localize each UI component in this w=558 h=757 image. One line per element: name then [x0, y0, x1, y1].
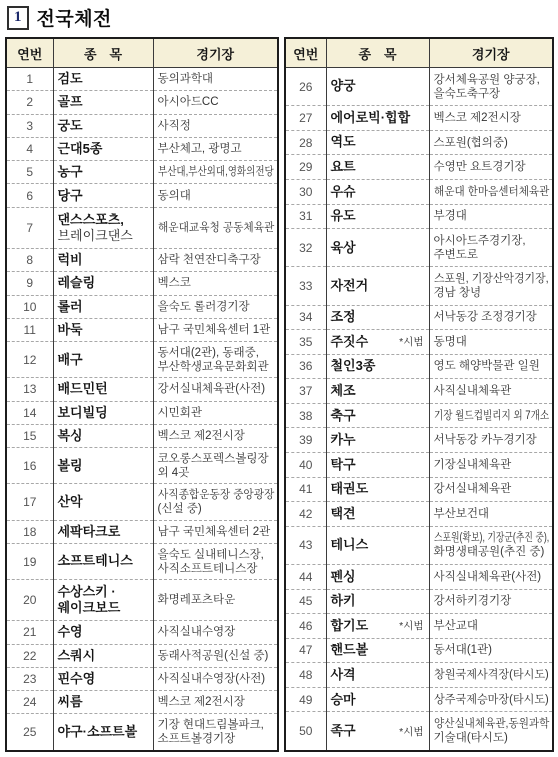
- row-number: 34: [285, 305, 326, 330]
- sport-cell: 수영: [53, 621, 153, 644]
- sport-cell: 핸드볼: [326, 638, 429, 663]
- row-number: 27: [285, 106, 326, 131]
- table-row: 20 수상스키 ·웨이크보드 화명레포츠타운: [6, 580, 278, 621]
- sport-name: 탁구: [331, 457, 422, 473]
- sport-cell: 핀수영: [53, 667, 153, 690]
- venue-cell: 을숙도 실내테니스장,사직소프트테니스장: [153, 543, 278, 579]
- table-header-row: 연번 종 목 경기장: [285, 38, 553, 68]
- table-row: 21 수영 사직실내수영장: [6, 621, 278, 644]
- venue-cell: 벡스코: [153, 272, 278, 295]
- row-number: 23: [6, 667, 53, 690]
- row-number: 7: [6, 207, 53, 248]
- sport-name: 철인3종: [331, 358, 422, 374]
- table-row: 6 당구 동의대: [6, 184, 278, 207]
- sport-cell: 테니스: [326, 526, 429, 564]
- row-number: 2: [6, 91, 53, 114]
- venue-cell: 동서대(2관), 동래중,부산학생교육문화회관: [153, 342, 278, 378]
- table-row: 25 야구·소프트볼 기장 현대드림볼파크,소프트볼경기장: [6, 714, 278, 751]
- sport-name: 수영: [58, 624, 146, 640]
- table-row: 15 복싱 벡스코 제2전시장: [6, 424, 278, 447]
- left-tbody: 1 검도 동의과학대 2 골프 아시아드CC 3 궁도 사직정 4: [6, 68, 278, 752]
- venue-cell: 코오롱스포렉스볼링장외 4곳: [153, 448, 278, 484]
- row-number: 12: [6, 342, 53, 378]
- sport-name: 육상: [331, 240, 422, 256]
- venue-cell: 부산대,부산외대,영화의전당: [153, 161, 278, 184]
- sport-name: 자전거: [331, 278, 422, 294]
- venue-cell: 부산보건대: [429, 502, 553, 527]
- sport-cell: 바둑: [53, 318, 153, 341]
- section-number-box: 1: [7, 6, 29, 30]
- row-number: 20: [6, 580, 53, 621]
- row-number: 28: [285, 130, 326, 155]
- sport-cell: 검도: [53, 68, 153, 91]
- table-row: 9 레슬링 벡스코: [6, 272, 278, 295]
- row-number: 30: [285, 179, 326, 204]
- venue-cell: 남구 국민체육센터 2관: [153, 520, 278, 543]
- table-row: 10 롤러 을숙도 롤러경기장: [6, 295, 278, 318]
- venue-cell: 기장 월드컵빌리지 외 7개소: [429, 403, 553, 428]
- row-number: 50: [285, 712, 326, 751]
- sport-cell: 소프트테니스: [53, 543, 153, 579]
- table-row: 31 유도 부경대: [285, 204, 553, 229]
- row-number: 47: [285, 638, 326, 663]
- row-number: 44: [285, 564, 326, 589]
- table-row: 41 태권도 강서실내체육관: [285, 477, 553, 502]
- venue-cell: 남구 국민체육센터 1관: [153, 318, 278, 341]
- sport-name: 럭비: [58, 252, 146, 268]
- venue-cell: 동명대: [429, 330, 553, 355]
- table-row: 2 골프 아시아드CC: [6, 91, 278, 114]
- sport-name: 볼링: [58, 458, 146, 474]
- sport-cell: 댄스스포츠,브레이크댄스: [53, 207, 153, 248]
- table-row: 33 자전거 스포원, 기장산악경기장,경남 창녕: [285, 267, 553, 305]
- sport-cell: 체조: [326, 379, 429, 404]
- table-row: 29 요트 수영만 요트경기장: [285, 155, 553, 180]
- sport-cell: 자전거: [326, 267, 429, 305]
- table-row: 1 검도 동의과학대: [6, 68, 278, 91]
- sport-cell: 역도: [326, 130, 429, 155]
- table-row: 7 댄스스포츠,브레이크댄스 해운대교육청 공동체육관: [6, 207, 278, 248]
- sport-name: 역도: [331, 134, 422, 150]
- sport-cell: 야구·소프트볼: [53, 714, 153, 751]
- table-row: 30 우슈 해운대 한마음센터체육관: [285, 179, 553, 204]
- sport-cell: 보디빌딩: [53, 401, 153, 424]
- sport-cell: 궁도: [53, 114, 153, 137]
- venue-cell: 부경대: [429, 204, 553, 229]
- row-number: 9: [6, 272, 53, 295]
- sport-name: 요트: [331, 159, 422, 175]
- row-number: 36: [285, 354, 326, 379]
- row-number: 38: [285, 403, 326, 428]
- sport-name: 우슈: [331, 184, 422, 200]
- venue-cell: 사직실내체육관: [429, 379, 553, 404]
- sport-name: 스쿼시: [58, 648, 146, 664]
- row-number: 8: [6, 248, 53, 271]
- sport-cell: 스쿼시: [53, 644, 153, 667]
- tables-container: 연번 종 목 경기장 1 검도 동의과학대 2 골프 아시아드CC 3: [5, 37, 554, 752]
- sports-table-left: 연번 종 목 경기장 1 검도 동의과학대 2 골프 아시아드CC 3: [5, 37, 279, 752]
- page-title-text: 전국체전: [37, 4, 112, 31]
- col-header-sport: 종 목: [326, 38, 429, 68]
- row-number: 19: [6, 543, 53, 579]
- table-row: 46 합기도 *시범 부산교대: [285, 614, 553, 639]
- sport-name: 유도: [331, 208, 422, 224]
- table-row: 5 농구 부산대,부산외대,영화의전당: [6, 161, 278, 184]
- sport-cell: 레슬링: [53, 272, 153, 295]
- sport-cell: 축구: [326, 403, 429, 428]
- table-row: 42 택견 부산보건대: [285, 502, 553, 527]
- sport-name: 검도: [58, 71, 146, 87]
- sport-note: *시범: [399, 724, 424, 739]
- table-row: 8 럭비 삼락 천연잔디축구장: [6, 248, 278, 271]
- table-row: 37 체조 사직실내체육관: [285, 379, 553, 404]
- sport-name: 핀수영: [58, 671, 146, 687]
- table-row: 17 산악 사직종합운동장 중앙광장(신설 중): [6, 484, 278, 520]
- sport-name: 댄스스포츠,브레이크댄스: [58, 212, 146, 245]
- sport-cell: 요트: [326, 155, 429, 180]
- sport-cell: 족구 *시범: [326, 712, 429, 751]
- venue-cell: 을숙도 롤러경기장: [153, 295, 278, 318]
- venue-cell: 사직실내수영장(사전): [153, 667, 278, 690]
- table-row: 45 하키 강서하키경기장: [285, 589, 553, 614]
- venue-cell: 사직정: [153, 114, 278, 137]
- venue-cell: 스포원, 기장산악경기장,경남 창녕: [429, 267, 553, 305]
- sport-name: 펜싱: [331, 569, 422, 585]
- row-number: 22: [6, 644, 53, 667]
- row-number: 45: [285, 589, 326, 614]
- sport-name: 농구: [58, 164, 146, 180]
- sport-name: 배드민턴: [58, 381, 146, 397]
- table-row: 40 탁구 기장실내체육관: [285, 453, 553, 478]
- venue-cell: 동래사적공원(신설 중): [153, 644, 278, 667]
- sport-cell: 우슈: [326, 179, 429, 204]
- sport-note: *시범: [399, 618, 424, 633]
- sport-cell: 펜싱: [326, 564, 429, 589]
- row-number: 42: [285, 502, 326, 527]
- sport-name: 합기도: [331, 618, 398, 634]
- venue-cell: 동의대: [153, 184, 278, 207]
- sport-name: 승마: [331, 692, 422, 708]
- sport-name: 배구: [58, 352, 146, 368]
- venue-cell: 벡스코 제2전시장: [153, 424, 278, 447]
- sport-name: 수상스키 ·웨이크보드: [58, 584, 146, 617]
- venue-cell: 해운대 한마음센터체육관: [429, 179, 553, 204]
- sport-cell: 하키: [326, 589, 429, 614]
- sport-cell: 농구: [53, 161, 153, 184]
- table-row: 22 스쿼시 동래사적공원(신설 중): [6, 644, 278, 667]
- row-number: 39: [285, 428, 326, 453]
- sport-cell: 근대5종: [53, 137, 153, 160]
- table-row: 38 축구 기장 월드컵빌리지 외 7개소: [285, 403, 553, 428]
- table-row: 16 볼링 코오롱스포렉스볼링장외 4곳: [6, 448, 278, 484]
- row-number: 13: [6, 378, 53, 401]
- sport-name: 롤러: [58, 299, 146, 315]
- table-row: 28 역도 스포원(협의중): [285, 130, 553, 155]
- row-number: 15: [6, 424, 53, 447]
- row-number: 10: [6, 295, 53, 318]
- venue-cell: 벡스코 제2전시장: [153, 691, 278, 714]
- sport-name: 테니스: [331, 537, 422, 553]
- col-header-sport: 종 목: [53, 38, 153, 68]
- row-number: 6: [6, 184, 53, 207]
- row-number: 18: [6, 520, 53, 543]
- table-row: 39 카누 서낙동강 카누경기장: [285, 428, 553, 453]
- sport-name: 세팍타크로: [58, 524, 146, 540]
- venue-cell: 스포원(확보), 기장군(추진 중),화명생태공원(추진 중): [429, 526, 553, 564]
- venue-cell: 서낙동강 조정경기장: [429, 305, 553, 330]
- table-row: 47 핸드볼 동서대(1관): [285, 638, 553, 663]
- row-number: 5: [6, 161, 53, 184]
- sport-cell: 에어로빅·힙합: [326, 106, 429, 131]
- venue-cell: 시민회관: [153, 401, 278, 424]
- venue-cell: 강서하키경기장: [429, 589, 553, 614]
- page-title: 1 전국체전: [7, 4, 554, 31]
- sport-name: 체조: [331, 383, 422, 399]
- sport-cell: 태권도: [326, 477, 429, 502]
- sport-cell: 승마: [326, 687, 429, 712]
- sport-cell: 배드민턴: [53, 378, 153, 401]
- venue-cell: 동의과학대: [153, 68, 278, 91]
- row-number: 16: [6, 448, 53, 484]
- sport-name: 족구: [331, 723, 398, 739]
- sport-name: 복싱: [58, 428, 146, 444]
- venue-cell: 스포원(협의중): [429, 130, 553, 155]
- table-row: 26 양궁 강서체육공원 양궁장,을숙도축구장: [285, 68, 553, 106]
- table-row: 48 사격 창원국제사격장(타시도): [285, 663, 553, 688]
- venue-cell: 삼락 천연잔디축구장: [153, 248, 278, 271]
- venue-cell: 서낙동강 카누경기장: [429, 428, 553, 453]
- row-number: 21: [6, 621, 53, 644]
- table-row: 34 조정 서낙동강 조정경기장: [285, 305, 553, 330]
- table-row: 13 배드민턴 강서실내체육관(사전): [6, 378, 278, 401]
- sport-name: 조정: [331, 309, 422, 325]
- row-number: 11: [6, 318, 53, 341]
- row-number: 1: [6, 68, 53, 91]
- table-header-row: 연번 종 목 경기장: [6, 38, 278, 68]
- sport-name: 에어로빅·힙합: [331, 110, 422, 126]
- venue-cell: 상주국제승마장(타시도): [429, 687, 553, 712]
- table-row: 32 육상 아시아드주경기장,주변도로: [285, 229, 553, 267]
- sport-name: 야구·소프트볼: [58, 724, 146, 740]
- table-row: 24 씨름 벡스코 제2전시장: [6, 691, 278, 714]
- table-row: 19 소프트테니스 을숙도 실내테니스장,사직소프트테니스장: [6, 543, 278, 579]
- table-row: 11 바둑 남구 국민체육센터 1관: [6, 318, 278, 341]
- sport-name: 씨름: [58, 694, 146, 710]
- sport-name: 바둑: [58, 322, 146, 338]
- sport-cell: 조정: [326, 305, 429, 330]
- row-number: 24: [6, 691, 53, 714]
- sport-name: 카누: [331, 432, 422, 448]
- table-row: 43 테니스 스포원(확보), 기장군(추진 중),화명생태공원(추진 중): [285, 526, 553, 564]
- sport-cell: 배구: [53, 342, 153, 378]
- row-number: 4: [6, 137, 53, 160]
- table-row: 50 족구 *시범 양산실내체육관,동원과학기술대(타시도): [285, 712, 553, 751]
- venue-cell: 사직종합운동장 중앙광장(신설 중): [153, 484, 278, 520]
- table-row: 35 주짓수 *시범 동명대: [285, 330, 553, 355]
- sport-cell: 탁구: [326, 453, 429, 478]
- sport-cell: 롤러: [53, 295, 153, 318]
- venue-cell: 양산실내체육관,동원과학기술대(타시도): [429, 712, 553, 751]
- sport-cell: 당구: [53, 184, 153, 207]
- sport-cell: 육상: [326, 229, 429, 267]
- venue-cell: 화명레포츠타운: [153, 580, 278, 621]
- row-number: 31: [285, 204, 326, 229]
- sport-cell: 사격: [326, 663, 429, 688]
- sport-name: 택견: [331, 506, 422, 522]
- table-row: 23 핀수영 사직실내수영장(사전): [6, 667, 278, 690]
- row-number: 37: [285, 379, 326, 404]
- col-header-venue: 경기장: [429, 38, 553, 68]
- sport-cell: 씨름: [53, 691, 153, 714]
- sport-cell: 골프: [53, 91, 153, 114]
- row-number: 48: [285, 663, 326, 688]
- venue-cell: 아시아드주경기장,주변도로: [429, 229, 553, 267]
- venue-cell: 사직실내체육관(사전): [429, 564, 553, 589]
- document-page: 1 전국체전 연번 종 목 경기장 1 검도 동의과학대 2: [0, 0, 558, 756]
- sport-name: 당구: [58, 188, 146, 204]
- sport-name: 태권도: [331, 481, 422, 497]
- sport-note: *시범: [399, 334, 424, 349]
- venue-cell: 부산체고, 광명고: [153, 137, 278, 160]
- row-number: 29: [285, 155, 326, 180]
- sport-name: 산악: [58, 494, 146, 510]
- right-tbody: 26 양궁 강서체육공원 양궁장,을숙도축구장 27 에어로빅·힙합 벡스코 제…: [285, 68, 553, 752]
- row-number: 35: [285, 330, 326, 355]
- venue-cell: 기장 현대드림볼파크,소프트볼경기장: [153, 714, 278, 751]
- sport-name: 골프: [58, 94, 146, 110]
- venue-cell: 사직실내수영장: [153, 621, 278, 644]
- venue-cell: 기장실내체육관: [429, 453, 553, 478]
- sports-table-right: 연번 종 목 경기장 26 양궁 강서체육공원 양궁장,을숙도축구장 27 에어…: [284, 37, 554, 752]
- sport-name: 핸드볼: [331, 642, 422, 658]
- venue-cell: 부산교대: [429, 614, 553, 639]
- sport-name: 사격: [331, 667, 422, 683]
- col-header-venue: 경기장: [153, 38, 278, 68]
- sport-cell: 세팍타크로: [53, 520, 153, 543]
- venue-cell: 영도 해양박물관 일원: [429, 354, 553, 379]
- sport-name: 양궁: [331, 78, 422, 94]
- sport-cell: 주짓수 *시범: [326, 330, 429, 355]
- sport-cell: 복싱: [53, 424, 153, 447]
- venue-cell: 강서실내체육관(사전): [153, 378, 278, 401]
- sport-name: 궁도: [58, 118, 146, 134]
- sport-name: 주짓수: [331, 334, 398, 350]
- table-row: 3 궁도 사직정: [6, 114, 278, 137]
- row-number: 25: [6, 714, 53, 751]
- table-row: 44 펜싱 사직실내체육관(사전): [285, 564, 553, 589]
- row-number: 33: [285, 267, 326, 305]
- row-number: 41: [285, 477, 326, 502]
- sport-cell: 택견: [326, 502, 429, 527]
- sport-cell: 카누: [326, 428, 429, 453]
- sport-cell: 유도: [326, 204, 429, 229]
- table-row: 36 철인3종 영도 해양박물관 일원: [285, 354, 553, 379]
- row-number: 43: [285, 526, 326, 564]
- row-number: 3: [6, 114, 53, 137]
- sport-name: 하키: [331, 593, 422, 609]
- row-number: 17: [6, 484, 53, 520]
- sport-cell: 양궁: [326, 68, 429, 106]
- venue-cell: 강서실내체육관: [429, 477, 553, 502]
- row-number: 40: [285, 453, 326, 478]
- venue-cell: 수영만 요트경기장: [429, 155, 553, 180]
- sport-name: 레슬링: [58, 275, 146, 291]
- sport-cell: 합기도 *시범: [326, 614, 429, 639]
- sport-name: 소프트테니스: [58, 553, 146, 569]
- sport-cell: 럭비: [53, 248, 153, 271]
- venue-cell: 동서대(1관): [429, 638, 553, 663]
- sport-cell: 철인3종: [326, 354, 429, 379]
- sport-cell: 산악: [53, 484, 153, 520]
- sport-cell: 수상스키 ·웨이크보드: [53, 580, 153, 621]
- sport-cell: 볼링: [53, 448, 153, 484]
- table-row: 4 근대5종 부산체고, 광명고: [6, 137, 278, 160]
- table-row: 14 보디빌딩 시민회관: [6, 401, 278, 424]
- table-row: 12 배구 동서대(2관), 동래중,부산학생교육문화회관: [6, 342, 278, 378]
- table-row: 27 에어로빅·힙합 벡스코 제2전시장: [285, 106, 553, 131]
- venue-cell: 해운대교육청 공동체육관: [153, 207, 278, 248]
- row-number: 46: [285, 614, 326, 639]
- col-header-number: 연번: [6, 38, 53, 68]
- row-number: 32: [285, 229, 326, 267]
- venue-cell: 아시아드CC: [153, 91, 278, 114]
- sport-name: 근대5종: [58, 141, 146, 157]
- row-number: 49: [285, 687, 326, 712]
- table-row: 49 승마 상주국제승마장(타시도): [285, 687, 553, 712]
- table-row: 18 세팍타크로 남구 국민체육센터 2관: [6, 520, 278, 543]
- col-header-number: 연번: [285, 38, 326, 68]
- venue-cell: 강서체육공원 양궁장,을숙도축구장: [429, 68, 553, 106]
- row-number: 26: [285, 68, 326, 106]
- sport-name: 보디빌딩: [58, 405, 146, 421]
- sport-name: 축구: [331, 408, 422, 424]
- venue-cell: 벡스코 제2전시장: [429, 106, 553, 131]
- row-number: 14: [6, 401, 53, 424]
- venue-cell: 창원국제사격장(타시도): [429, 663, 553, 688]
